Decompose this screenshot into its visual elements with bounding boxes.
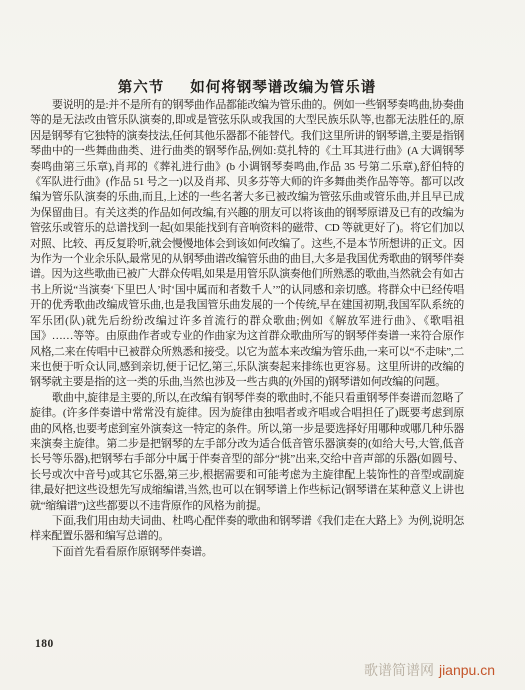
section-title: 第六节如何将钢琴谱改编为管乐谱 [30, 76, 464, 97]
section-title-text: 如何将钢琴谱改编为管乐谱 [190, 80, 376, 96]
book-page: 第六节如何将钢琴谱改编为管乐谱 要说明的是:并不是所有的钢琴曲作品都能改编为管乐… [0, 0, 525, 690]
body-paragraph: 下面,我们用由劫夫词曲、杜鸣心配伴奏的歌曲和钢琴谱《我们走在大路上》为例,说明怎… [30, 514, 464, 545]
body-text-block: 要说明的是:并不是所有的钢琴曲作品都能改编为管乐曲的。例如一些钢琴奏鸣曲,协奏曲… [30, 98, 464, 560]
watermark: 歌谱简谱网jianpu.cn [364, 660, 495, 680]
section-number-label: 第六节 [118, 80, 165, 96]
body-paragraph: 下面首先看看原作原钢琴伴奏谱。 [30, 545, 464, 560]
page-number: 180 [35, 638, 54, 650]
body-paragraph: 要说明的是:并不是所有的钢琴曲作品都能改编为管乐曲的。例如一些钢琴奏鸣曲,协奏曲… [30, 98, 464, 391]
watermark-site-name: 歌谱简谱网 [364, 662, 434, 678]
body-paragraph: 歌曲中,旋律是主要的,所以,在改编有钢琴伴奏的歌曲时,不能只看重钢琴伴奏谱而忽略… [30, 391, 464, 514]
watermark-site-url: jianpu.cn [439, 662, 495, 678]
